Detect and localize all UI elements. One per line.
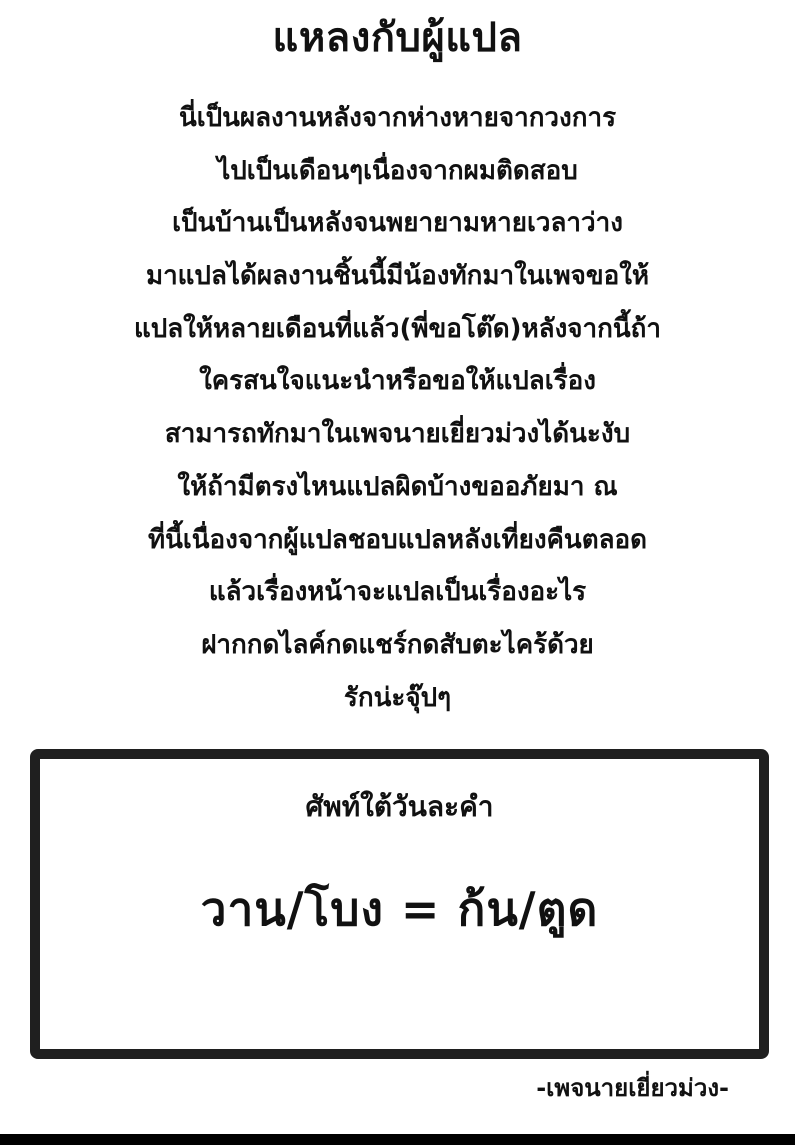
message-line: ให้ถ้ามีตรงไหนแปลผิดบ้างขออภัยมา ณ [0,461,795,514]
message-line: รักน่ะจุ๊ปๆ [0,672,795,725]
bottom-border-bar [0,1134,795,1145]
translator-message: นี่เป็นผลงานหลังจากห่างหายจากวงการ ไปเป็… [0,92,795,724]
message-line: แปลให้หลายเดือนที่แล้ว(พี่ขอโต๊ด)หลังจาก… [0,303,795,356]
message-line: แล้วเรื่องหน้าจะแปลเป็นเรื่องอะไร [0,566,795,619]
page-signature: -เพจนายเยี่ยวม่วง- [536,1066,729,1110]
translator-note-page: แหลงกับผู้แปล นี่เป็นผลงานหลังจากห่างหาย… [0,0,795,1145]
word-of-the-day-box: ศัพท์ใต้วันละคำ วาน/โบง = ก้น/ตูด [30,749,769,1059]
word-of-the-day-heading: ศัพท์ใต้วันละคำ [40,785,759,829]
message-line: ฝากกดไลค์กดแชร์กดสับตะไคร้ด้วย [0,619,795,672]
message-line: สามารถทักมาในเพจนายเยี่ยวม่วงได้นะงับ [0,408,795,461]
message-line: ใครสนใจแนะนำหรือขอให้แปลเรื่อง [0,355,795,408]
word-of-the-day-term: วาน/โบง = ก้น/ตูด [40,874,759,944]
message-line: ที่นี้เนื่องจากผู้แปลชอบแปลหลังเที่ยงคืน… [0,514,795,567]
message-line: ไปเป็นเดือนๆเนื่องจากผมติดสอบ [0,145,795,198]
message-line: เป็นบ้านเป็นหลังจนพยายามหายเวลาว่าง [0,197,795,250]
message-line: มาแปลได้ผลงานชิ้นนี้มีน้องทักมาในเพจขอให… [0,250,795,303]
message-line: นี่เป็นผลงานหลังจากห่างหายจากวงการ [0,92,795,145]
page-title: แหลงกับผู้แปล [0,8,795,68]
